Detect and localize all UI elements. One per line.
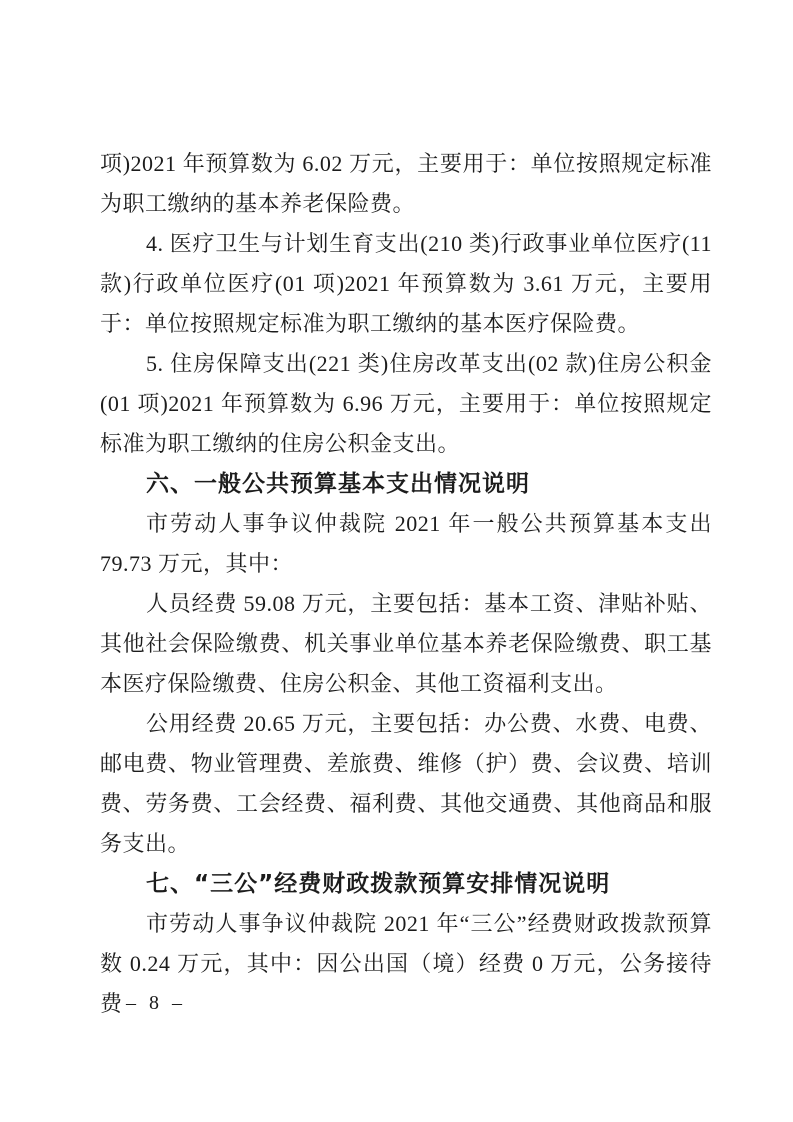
paragraph-line: 为职工缴纳的基本养老保险费。 bbox=[100, 184, 712, 224]
paragraph-line: 标准为职工缴纳的住房公积金支出。 bbox=[100, 424, 712, 464]
document-body: 项)2021 年预算数为 6.02 万元，主要用于：单位按照规定标准 为职工缴纳… bbox=[100, 144, 712, 984]
section-heading: 七、“三公”经费财政拨款预算安排情况说明 bbox=[100, 864, 712, 904]
paragraph-line: 费、劳务费、工会经费、福利费、其他交通费、其他商品和服 bbox=[100, 784, 712, 824]
paragraph-line: 公用经费 20.65 万元，主要包括：办公费、水费、电费、 bbox=[100, 704, 712, 744]
paragraph-line: 邮电费、物业管理费、差旅费、维修（护）费、会议费、培训 bbox=[100, 744, 712, 784]
paragraph-line: 务支出。 bbox=[100, 824, 712, 864]
paragraph-line: 市劳动人事争议仲裁院 2021 年一般公共预算基本支出 bbox=[100, 504, 712, 544]
paragraph-line: 数 0.24 万元，其中：因公出国（境）经费 0 万元，公务接待费 bbox=[100, 944, 712, 984]
paragraph-line: 4. 医疗卫生与计划生育支出(210 类)行政事业单位医疗(11 bbox=[100, 224, 712, 264]
paragraph-line: 5. 住房保障支出(221 类)住房改革支出(02 款)住房公积金 bbox=[100, 344, 712, 384]
page-number: – 8 – bbox=[126, 988, 186, 1018]
paragraph-line: 79.73 万元，其中： bbox=[100, 544, 712, 584]
paragraph-line: (01 项)2021 年预算数为 6.96 万元，主要用于：单位按照规定 bbox=[100, 384, 712, 424]
paragraph-line: 项)2021 年预算数为 6.02 万元，主要用于：单位按照规定标准 bbox=[100, 144, 712, 184]
paragraph-line: 市劳动人事争议仲裁院 2021 年“三公”经费财政拨款预算 bbox=[100, 904, 712, 944]
paragraph-line: 本医疗保险缴费、住房公积金、其他工资福利支出。 bbox=[100, 664, 712, 704]
paragraph-line: 人员经费 59.08 万元，主要包括：基本工资、津贴补贴、 bbox=[100, 584, 712, 624]
paragraph-line: 于：单位按照规定标准为职工缴纳的基本医疗保险费。 bbox=[100, 304, 712, 344]
paragraph-line: 其他社会保险缴费、机关事业单位基本养老保险缴费、职工基 bbox=[100, 624, 712, 664]
paragraph-line: 款)行政单位医疗(01 项)2021 年预算数为 3.61 万元，主要用 bbox=[100, 264, 712, 304]
document-page: 项)2021 年预算数为 6.02 万元，主要用于：单位按照规定标准 为职工缴纳… bbox=[0, 0, 793, 1122]
section-heading: 六、一般公共预算基本支出情况说明 bbox=[100, 464, 712, 504]
